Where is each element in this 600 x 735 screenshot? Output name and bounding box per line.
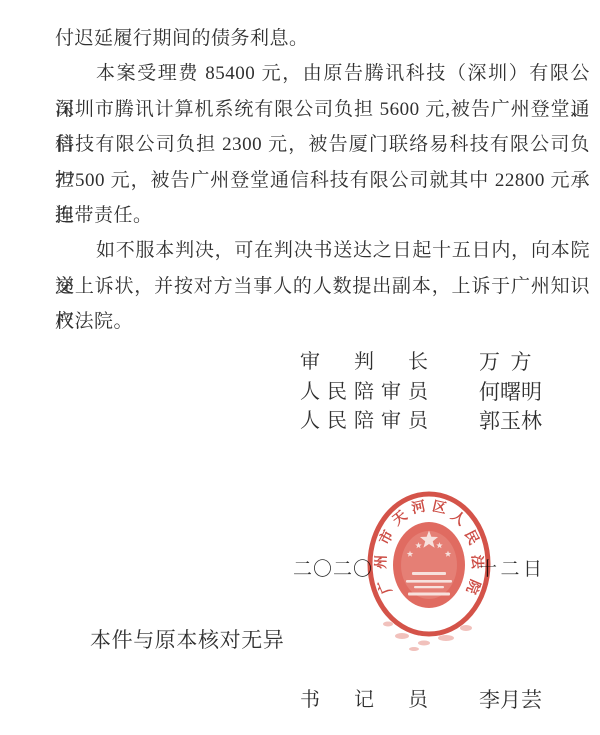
body-line: 77500 元，被告广州登堂通信科技有限公司就其中 22800 元承担 <box>55 163 590 198</box>
signature-row: 人民陪审员 郭玉林 <box>300 407 560 437</box>
body-line: 如不服本判决，可在判决书送达之日起十五日内，向本院递 <box>55 233 590 268</box>
seal-ring-char: 区 <box>431 499 448 518</box>
court-seal: 广州市天河区人民法院 <box>354 486 504 656</box>
body-line: 本案受理费 85400 元，由原告腾讯科技（深圳）有限公司、 <box>55 56 590 91</box>
role-char: 民 <box>327 378 347 408</box>
signature-role: 人民陪审员 <box>300 378 428 408</box>
role-char: 审 <box>381 378 401 408</box>
body-line: 付迟延履行期间的债务利息。 <box>55 21 590 56</box>
role-char: 人 <box>300 407 320 437</box>
signature-name: 何曙明 <box>479 378 542 408</box>
signature-name: 万 方 <box>479 348 532 378</box>
clerk-role: 书记员 <box>300 686 428 716</box>
role-char: 员 <box>408 686 428 716</box>
body-line: 深圳市腾讯计算机系统有限公司负担 5600 元,被告广州登堂通信 <box>55 92 590 127</box>
signature-role: 人民陪审员 <box>300 407 428 437</box>
role-char: 员 <box>408 407 428 437</box>
judgment-page: 付迟延履行期间的债务利息。 本案受理费 85400 元，由原告腾讯科技（深圳）有… <box>0 0 600 735</box>
role-char: 判 <box>354 348 374 378</box>
certification-note: 本件与原本核对无异 <box>90 629 284 652</box>
role-char: 民 <box>327 407 347 437</box>
judgment-body: 付迟延履行期间的债务利息。 本案受理费 85400 元，由原告腾讯科技（深圳）有… <box>55 21 590 340</box>
body-line: 科技有限公司负担 2300 元，被告厦门联络易科技有限公司负担 <box>55 127 590 162</box>
seal-emblem <box>393 522 465 608</box>
role-char: 人 <box>300 378 320 408</box>
seal-ring-char: 州 <box>373 555 390 570</box>
signature-role: 审判长 <box>300 348 428 378</box>
seal-ring-char: 河 <box>410 499 427 518</box>
signature-name: 郭玉林 <box>479 407 542 437</box>
clerk-name: 李月芸 <box>479 686 542 716</box>
role-char: 陪 <box>354 407 374 437</box>
role-char: 长 <box>408 348 428 378</box>
role-char: 审 <box>381 407 401 437</box>
role-char: 员 <box>408 378 428 408</box>
clerk-row: 书记员 李月芸 <box>300 686 560 716</box>
signature-row: 人民陪审员 何曙明 <box>300 378 560 408</box>
role-char: 书 <box>300 686 320 716</box>
body-line: 交上诉状，并按对方当事人的人数提出副本，上诉于广州知识产 <box>55 269 590 304</box>
seal-ring-char: 法 <box>468 555 486 571</box>
role-char: 记 <box>354 686 374 716</box>
body-line: 连带责任。 <box>55 198 590 233</box>
body-line: 权法院。 <box>55 304 590 339</box>
signature-block: 审判长 万 方 人民陪审员 何曙明 人民陪审员 郭玉林 <box>300 348 560 437</box>
role-char: 审 <box>300 348 320 378</box>
role-char: 陪 <box>354 378 374 408</box>
signature-row: 审判长 万 方 <box>300 348 560 378</box>
clerk-block: 书记员 李月芸 <box>300 686 560 716</box>
